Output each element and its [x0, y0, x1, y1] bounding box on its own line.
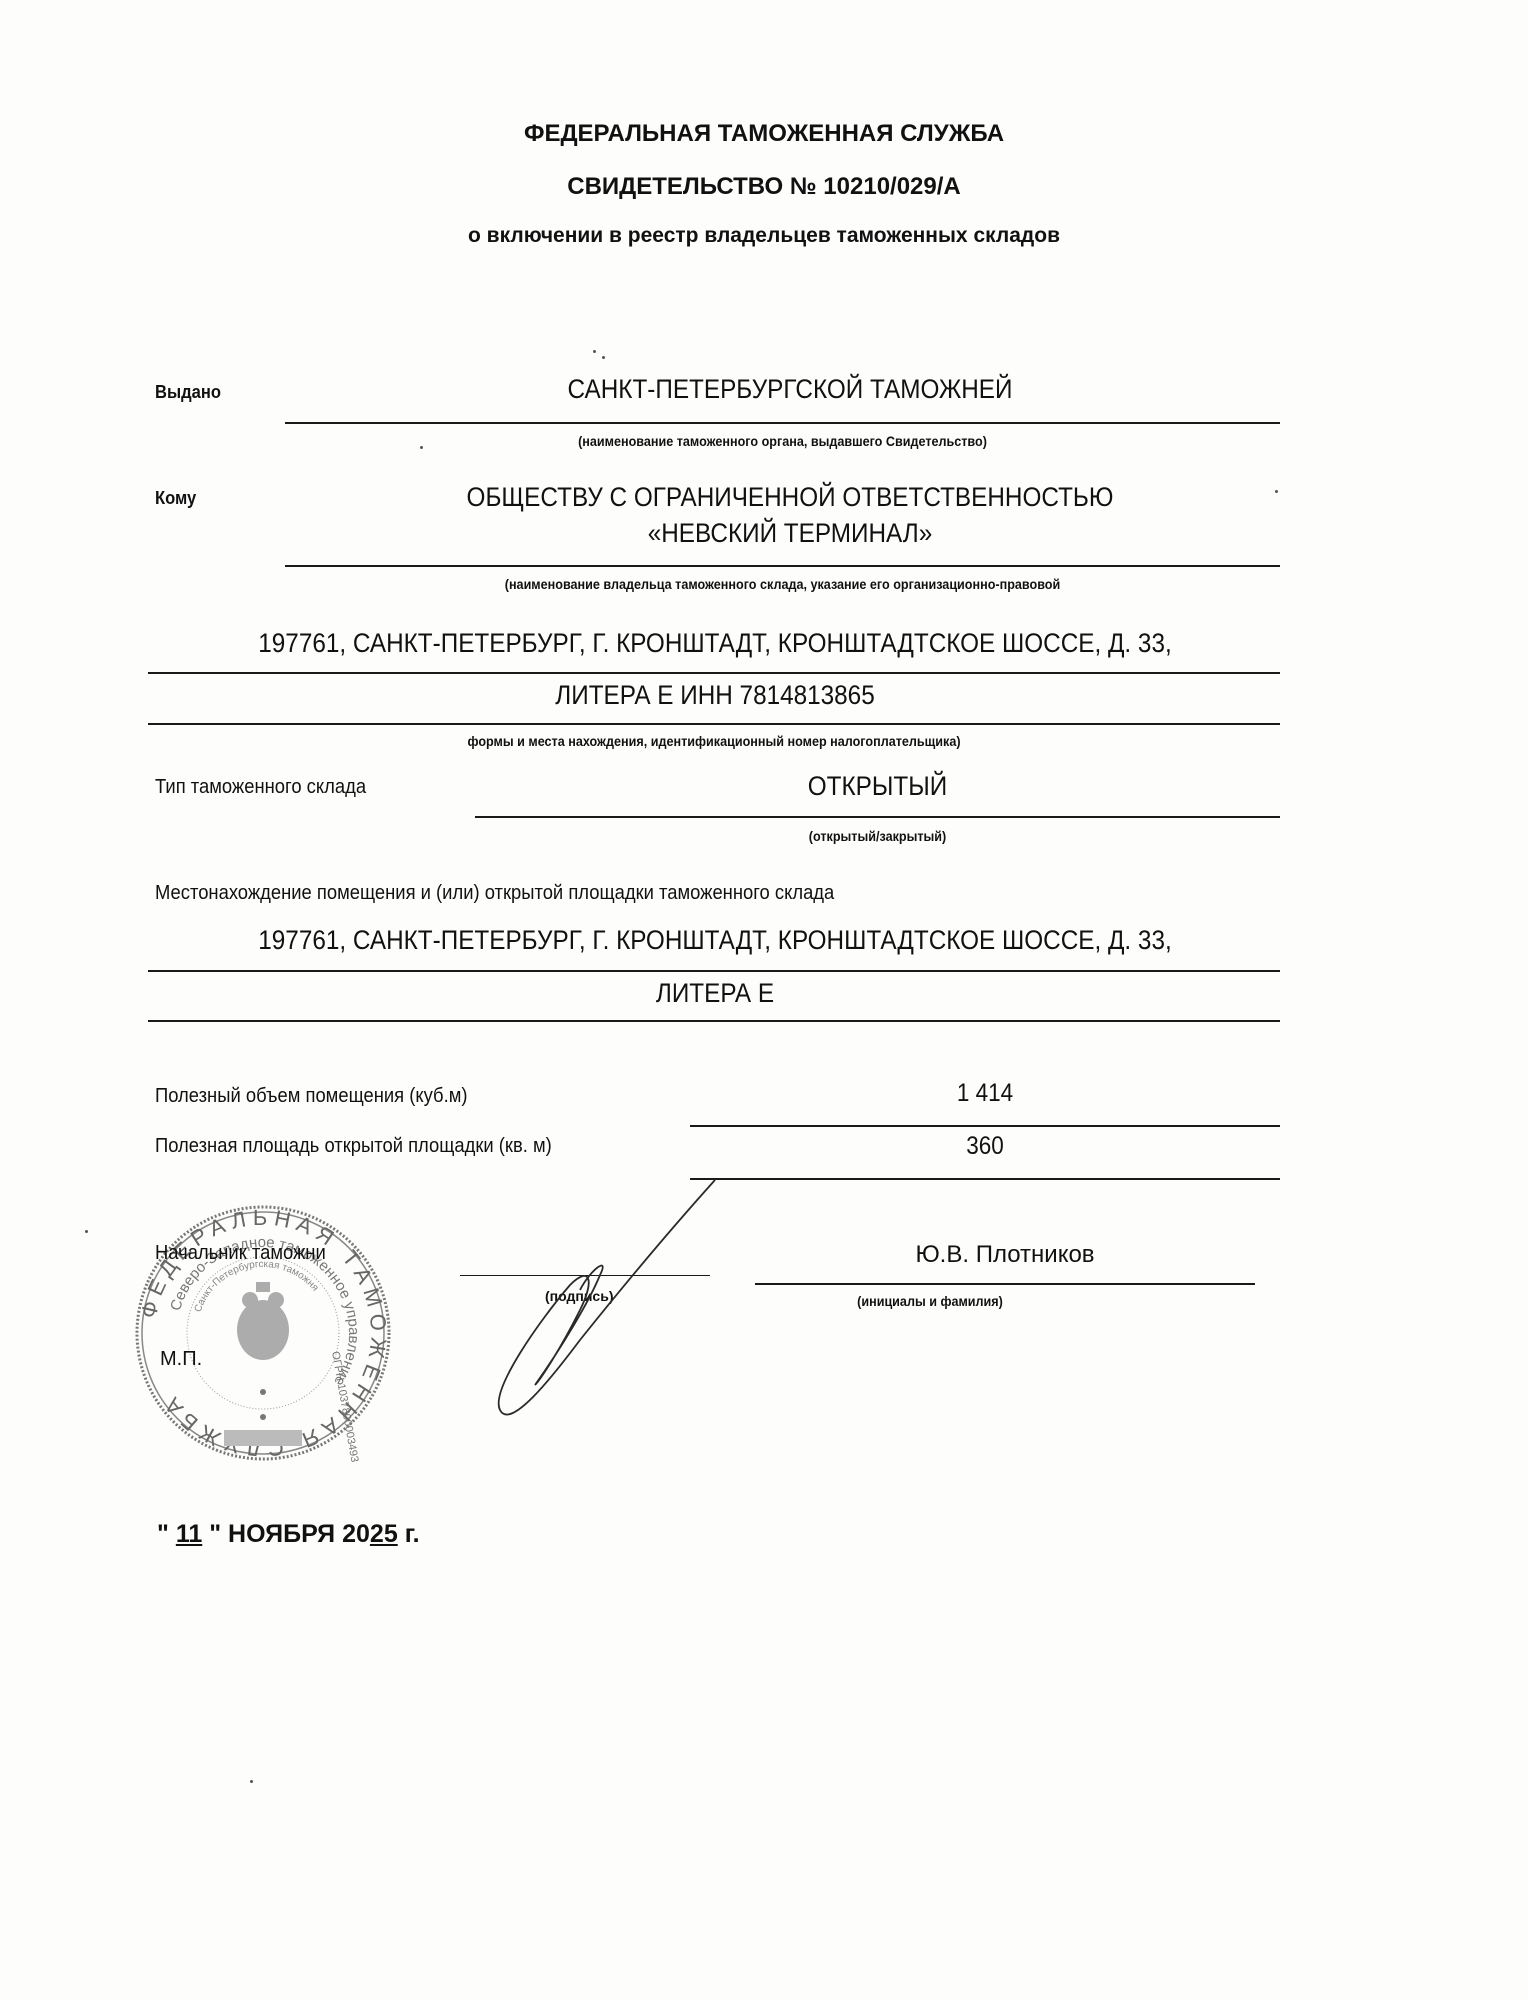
scan-speck	[1275, 490, 1278, 493]
warehouse-type-label: Тип таможенного склада	[155, 776, 366, 799]
location-line1: 197761, САНКТ-ПЕТЕРБУРГ, Г. КРОНШТАДТ, К…	[207, 925, 1224, 956]
issued-by-label: Выдано	[155, 382, 221, 403]
date-month: НОЯБРЯ	[228, 1520, 335, 1548]
recipient-hint-line1: (наименование владельца таможенного скла…	[335, 576, 1231, 592]
issued-by-value: САНКТ-ПЕТЕРБУРГСКОЙ ТАМОЖНЕЙ	[336, 374, 1245, 405]
recipient-hint-line2: формы и места нахождения, идентификацион…	[205, 733, 1224, 749]
date-suffix: г.	[405, 1520, 420, 1548]
volume-underline	[690, 1125, 1280, 1127]
scan-speck	[593, 350, 596, 353]
volume-value: 1 414	[720, 1079, 1251, 1108]
location-underline1	[148, 970, 1280, 972]
signatory-name: Ю.В. Плотников	[755, 1241, 1255, 1269]
certificate-subject: о включении в реестр владельцев таможенн…	[0, 224, 1528, 248]
recipient-name-line1: ОБЩЕСТВУ С ОГРАНИЧЕННОЙ ОТВЕТСТВЕННОСТЬЮ	[336, 482, 1245, 513]
certificate-title: СВИДЕТЕЛЬСТВО № 10210/029/А	[0, 173, 1528, 201]
recipient-address-underline2	[148, 723, 1280, 725]
date-close-quote: "	[209, 1520, 221, 1548]
volume-label: Полезный объем помещения (куб.м)	[155, 1085, 467, 1108]
issue-date: " 11 " НОЯБРЯ 2025 г.	[157, 1520, 420, 1549]
warehouse-type-hint: (открытый/закрытый)	[515, 828, 1240, 844]
date-year-prefix: 20	[342, 1520, 370, 1548]
warehouse-type-value: ОТКРЫТЫЙ	[515, 771, 1240, 802]
recipient-address-line2: ЛИТЕРА Е ИНН 7814813865	[207, 680, 1224, 711]
area-value: 360	[720, 1132, 1251, 1161]
date-year-suffix: 25	[370, 1520, 398, 1548]
scan-speck	[602, 356, 605, 359]
signatory-position: Начальник таможни	[155, 1242, 326, 1265]
recipient-name-line2: «НЕВСКИЙ ТЕРМИНАЛ»	[336, 518, 1245, 549]
date-day: 11	[176, 1520, 202, 1548]
recipient-label: Кому	[155, 488, 196, 509]
recipient-underline	[285, 565, 1280, 567]
location-underline2	[148, 1020, 1280, 1022]
scan-speck	[420, 446, 423, 449]
recipient-address-line1: 197761, САНКТ-ПЕТЕРБУРГ, Г. КРОНШТАДТ, К…	[207, 628, 1224, 659]
authority-title: ФЕДЕРАЛЬНАЯ ТАМОЖЕННАЯ СЛУЖБА	[0, 120, 1528, 148]
issued-by-hint: (наименование таможенного органа, выдавш…	[335, 433, 1231, 449]
location-label: Местонахождение помещения и (или) открыт…	[155, 882, 834, 905]
warehouse-type-underline	[475, 816, 1280, 818]
seal-place-label: М.П.	[160, 1348, 202, 1371]
recipient-address-underline1	[148, 672, 1280, 674]
area-label: Полезная площадь открытой площадки (кв. …	[155, 1135, 552, 1158]
date-open-quote: "	[157, 1520, 169, 1548]
area-underline	[690, 1178, 1280, 1180]
handwritten-signature-icon	[470, 1170, 730, 1430]
scan-speck	[250, 1780, 253, 1783]
scan-speck	[85, 1230, 88, 1233]
signatory-name-underline	[755, 1283, 1255, 1285]
location-line2: ЛИТЕРА Е	[207, 978, 1224, 1009]
signatory-name-hint: (инициалы и фамилия)	[773, 1293, 1088, 1309]
issued-by-underline	[285, 422, 1280, 424]
